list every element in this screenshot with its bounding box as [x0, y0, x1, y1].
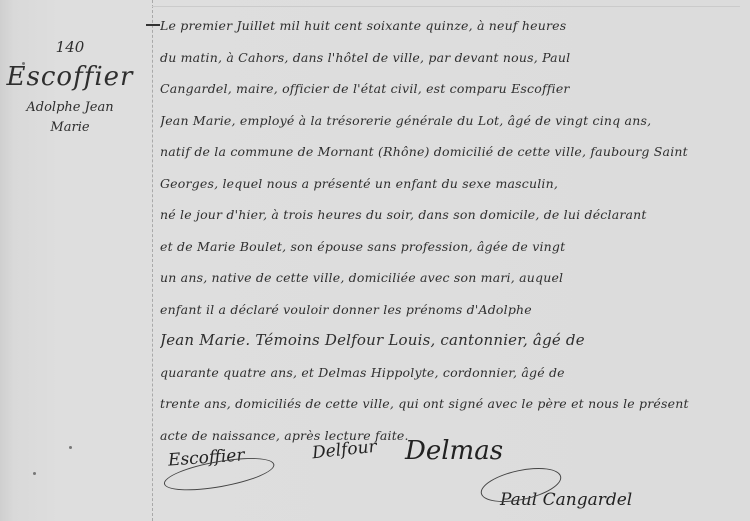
margin-note: 140 Escoffier Adolphe Jean Marie	[0, 38, 140, 138]
record-line: Jean Marie, employé à la trésorerie géné…	[160, 105, 745, 137]
signature-mayor: Paul Cangardel	[500, 490, 632, 510]
entry-start-dash	[146, 24, 160, 26]
ruled-line	[152, 6, 740, 7]
record-line: du matin, à Cahors, dans l'hôtel de vill…	[160, 42, 745, 74]
margin-given-name-2: Marie	[0, 118, 140, 138]
record-line: quarante quatre ans, et Delmas Hippolyte…	[160, 357, 745, 389]
record-number: 140	[0, 38, 140, 56]
record-line: natif de la commune de Mornant (Rhône) d…	[160, 136, 745, 168]
record-line: enfant il a déclaré vouloir donner les p…	[160, 294, 745, 326]
record-line: un ans, native de cette ville, domicilié…	[160, 262, 745, 294]
register-page: 140 Escoffier Adolphe Jean Marie Le prem…	[0, 0, 750, 521]
signature-witness-2: Delmas	[405, 436, 503, 466]
paper-speck	[33, 472, 36, 475]
record-line: trente ans, domiciliés de cette ville, q…	[160, 388, 745, 420]
record-line: Jean Marie. Témoins Delfour Louis, canto…	[160, 325, 745, 357]
record-body: Le premier Juillet mil huit cent soixant…	[160, 10, 745, 451]
paper-speck	[22, 62, 25, 65]
record-line: et de Marie Boulet, son épouse sans prof…	[160, 231, 745, 263]
record-line: Georges, lequel nous a présenté un enfan…	[160, 168, 745, 200]
signature-father: Escoffier	[167, 445, 245, 470]
margin-given-name-1: Adolphe Jean	[0, 98, 140, 118]
margin-surname: Escoffier	[0, 62, 140, 92]
record-line: né le jour d'hier, à trois heures du soi…	[160, 199, 745, 231]
record-line: Cangardel, maire, officier de l'état civ…	[160, 73, 745, 105]
paper-speck	[69, 446, 72, 449]
record-line: Le premier Juillet mil huit cent soixant…	[160, 10, 745, 42]
margin-rule	[152, 0, 153, 521]
